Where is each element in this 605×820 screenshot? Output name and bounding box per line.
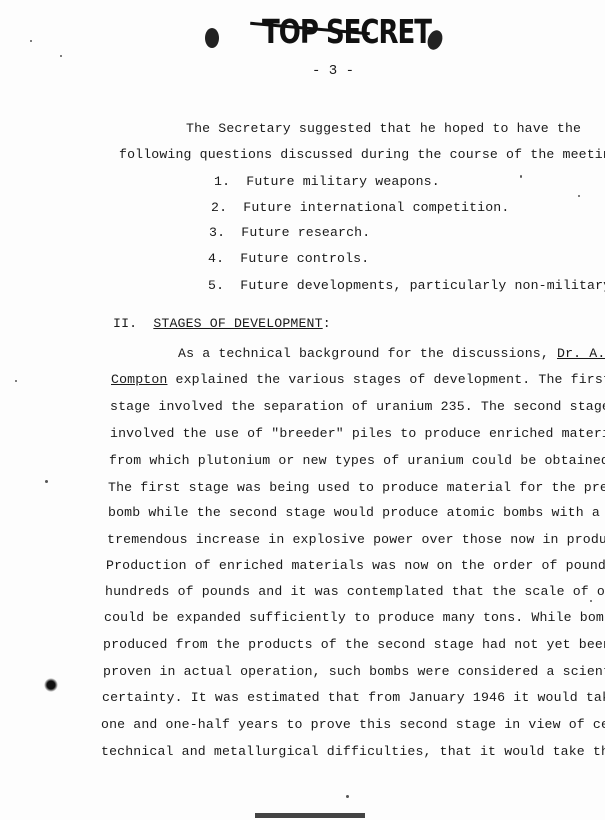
body-line: proven in actual operation, such bombs w… (103, 664, 605, 679)
body-line: certainty. It was estimated that from Ja… (102, 690, 605, 705)
list-item: 2. Future international competition. (211, 200, 509, 215)
body-text: explained the various stages of developm… (167, 372, 605, 387)
intro-line-1: The Secretary suggested that he hoped to… (186, 121, 581, 136)
list-item-number: 4. (208, 251, 224, 266)
list-item: 4. Future controls. (208, 251, 369, 266)
scan-speck (520, 175, 522, 178)
body-line: hundreds of pounds and it was contemplat… (105, 584, 605, 599)
list-item-text: Future international competition. (243, 200, 509, 215)
person-name: Compton (111, 372, 167, 387)
section-heading: II. STAGES OF DEVELOPMENT: (113, 316, 331, 331)
body-line: involved the use of "breeder" piles to p… (110, 426, 605, 441)
body-line: produced from the products of the second… (103, 637, 605, 652)
section-title: STAGES OF DEVELOPMENT (153, 316, 322, 331)
body-line: As a technical background for the discus… (178, 346, 605, 361)
body-line: one and one-half years to prove this sec… (101, 717, 605, 732)
scan-speck (60, 55, 62, 57)
body-line: technical and metallurgical difficulties… (101, 744, 605, 759)
page-number: - 3 - (312, 63, 354, 79)
document-page: TOP SECRET - 3 - The Secretary suggested… (0, 0, 605, 820)
section-numeral: II. (113, 316, 137, 331)
body-line: bomb while the second stage would produc… (108, 505, 600, 520)
body-line: tremendous increase in explosive power o… (107, 532, 605, 547)
body-line: could be expanded sufficiently to produc… (104, 610, 605, 625)
section-colon: : (323, 316, 331, 331)
body-line: Production of enriched materials was now… (106, 558, 605, 573)
list-item-text: Future research. (241, 225, 370, 240)
list-item: 3. Future research. (209, 225, 370, 240)
intro-line-2: following questions discussed during the… (119, 147, 605, 162)
list-item-text: Future military weapons. (246, 174, 440, 189)
list-item-text: Future developments, particularly non-mi… (240, 278, 605, 293)
list-item-number: 5. (208, 278, 224, 293)
list-item-number: 1. (214, 174, 230, 189)
list-item-number: 2. (211, 200, 227, 215)
scan-speck (15, 380, 17, 382)
scan-speck (45, 480, 48, 483)
scan-speck (590, 600, 592, 602)
punch-hole-left (205, 28, 219, 48)
classification-stamp: TOP SECRET (262, 14, 431, 52)
scan-speck (346, 795, 349, 798)
body-line: The first stage was being used to produc… (108, 480, 605, 495)
body-line: Compton explained the various stages of … (111, 372, 605, 387)
list-item: 5. Future developments, particularly non… (208, 278, 605, 293)
scan-speck (578, 195, 580, 197)
scan-speck (30, 40, 32, 42)
list-item-text: Future controls. (240, 251, 369, 266)
body-line: from which plutonium or new types of ura… (109, 453, 605, 468)
list-item: 1. Future military weapons. (214, 174, 440, 189)
body-text: As a technical background for the discus… (178, 346, 557, 361)
list-item-number: 3. (209, 225, 225, 240)
person-name: Dr. A. H. (557, 346, 605, 361)
footer-scan-mark (255, 813, 365, 818)
body-line: stage involved the separation of uranium… (110, 399, 605, 414)
ink-smudge (44, 678, 58, 692)
